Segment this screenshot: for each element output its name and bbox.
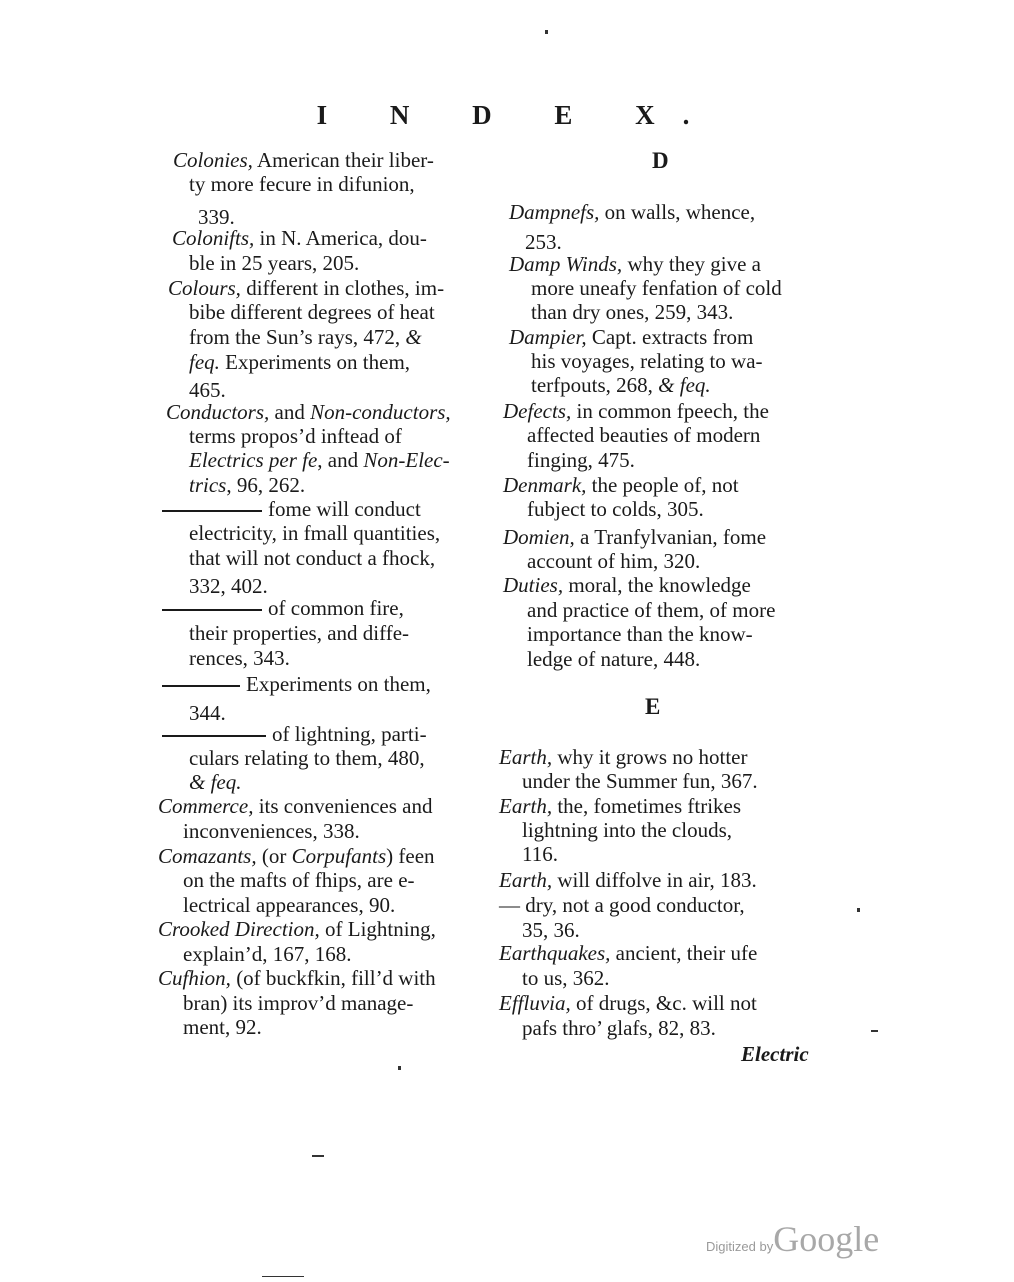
entry-heading: Colonifts, [172, 226, 254, 250]
entry-text: and [269, 400, 310, 424]
entry-heading: Denmark, [503, 473, 586, 497]
index-line: Colonifts, in N. America, dou- [172, 226, 427, 250]
index-line: and practice of them, of more [527, 598, 775, 622]
entry-heading: Defects, [503, 399, 571, 423]
entry-text: bibe different degrees of heat [189, 300, 435, 324]
entry-text: 465. [189, 378, 226, 402]
entry-italic: feq. [189, 350, 220, 374]
entry-text: American their liber- [253, 148, 434, 172]
entry-text: why they give a [622, 252, 761, 276]
entry-text: ledge of nature, 448. [527, 647, 700, 671]
index-line: Dampier, Capt. extracts from [509, 325, 753, 349]
scan-speck [398, 1066, 401, 1070]
entry-text: fome will conduct [268, 497, 421, 521]
entry-heading: Commerce, [158, 794, 253, 818]
scan-speck [312, 1155, 324, 1157]
entry-heading: Duties, [503, 573, 563, 597]
index-line: that will not conduct a fhock, [189, 546, 435, 570]
index-line: than dry ones, 259, 343. [531, 300, 733, 324]
entry-italic: trics [189, 473, 226, 497]
index-line: Comazants, (or Corpufants) feen [158, 844, 435, 868]
index-line: bran) its improv’d manage- [183, 991, 413, 1015]
entry-text: of lightning, parti- [272, 722, 427, 746]
entry-heading: Crooked Direction, [158, 917, 320, 941]
entry-text: finging, 475. [527, 448, 635, 472]
entry-heading: Earth, [499, 868, 552, 892]
entry-text: the people of, not [586, 473, 738, 497]
entry-text: will diffolve in air, 183. [552, 868, 757, 892]
google-logo-text: Google [773, 1219, 879, 1259]
entry-text: Experiments on them, [220, 350, 410, 374]
entry-heading: Earth, [499, 794, 552, 818]
index-line: of common fire, [162, 596, 404, 620]
entry-text: ble in 25 years, 205. [189, 251, 359, 275]
entry-text: its conveniences and [253, 794, 432, 818]
entry-heading: Damp Winds, [509, 252, 622, 276]
entry-heading: Effluvia, [499, 991, 571, 1015]
index-line: Duties, moral, the knowledge [503, 573, 751, 597]
section-letter-e: E [645, 694, 660, 720]
entry-text: pafs thro’ glafs, 82, 83. [522, 1016, 716, 1040]
scan-speck [857, 908, 860, 912]
index-line: Damp Winds, why they give a [509, 252, 761, 276]
index-line: & feq. [189, 770, 242, 794]
entry-text: more uneafy fenfation of cold [531, 276, 782, 300]
index-line: lectrical appearances, 90. [183, 893, 395, 917]
entry-italic: Non-Elec- [363, 448, 449, 472]
entry-text: different in clothes, im- [241, 276, 444, 300]
entry-text: ) feen [386, 844, 434, 868]
index-line: ment, 92. [183, 1015, 262, 1039]
index-line: to us, 362. [522, 966, 610, 990]
scan-speck [871, 1030, 878, 1032]
entry-text: from the Sun’s rays, 472, [189, 325, 405, 349]
index-line: more uneafy fenfation of cold [531, 276, 782, 300]
index-line: 332, 402. [189, 574, 268, 598]
index-line: explain’d, 167, 168. [183, 942, 352, 966]
index-line: Earth, the, fometimes ftrikes [499, 794, 741, 818]
index-line: finging, 475. [527, 448, 635, 472]
index-line: Earthquakes, ancient, their ufe [499, 941, 757, 965]
ditto-rule [162, 685, 240, 687]
scan-speck [262, 1276, 304, 1277]
entry-text: of Lightning, [320, 917, 436, 941]
section-letter-d: D [652, 148, 669, 174]
index-line: 253. [525, 230, 562, 254]
entry-heading: Dampier, [509, 325, 587, 349]
index-line: ledge of nature, 448. [527, 647, 700, 671]
entry-heading: Domien, [503, 525, 575, 549]
entry-text: ty more fecure in difunion, [189, 172, 415, 196]
index-line: of lightning, parti- [162, 722, 427, 746]
entry-text: explain’d, 167, 168. [183, 942, 352, 966]
entry-heading: Conductors, [166, 400, 269, 424]
entry-text: of drugs, &c. will not [571, 991, 757, 1015]
index-line: Effluvia, of drugs, &c. will not [499, 991, 757, 1015]
entry-italic: Non-conductors, [310, 400, 451, 424]
entry-text: 35, 36. [522, 918, 580, 942]
index-line: Dampnefs, on walls, whence, [509, 200, 755, 224]
watermark-prefix: Digitized by [706, 1239, 773, 1254]
entry-text: and practice of them, of more [527, 598, 775, 622]
index-line: rences, 343. [189, 646, 290, 670]
index-line: Commerce, its conveniences and [158, 794, 432, 818]
index-line: ble in 25 years, 205. [189, 251, 359, 275]
entry-text: , and [317, 448, 363, 472]
entry-text: a Tranfylvanian, fome [575, 525, 766, 549]
index-line: inconveniences, 338. [183, 819, 360, 843]
index-line: 116. [522, 842, 558, 866]
entry-text: , 96, 262. [226, 473, 305, 497]
entry-text: (of buckfkin, fill’d with [231, 966, 436, 990]
entry-text: on the mafts of fhips, are e- [183, 868, 415, 892]
entry-text: electricity, in fmall quantities, [189, 521, 440, 545]
entry-text: than dry ones, 259, 343. [531, 300, 733, 324]
entry-italic: & [405, 325, 421, 349]
entry-heading: Earth, [499, 745, 552, 769]
index-line: Experiments on them, [162, 672, 431, 696]
index-line: lightning into the clouds, [522, 818, 732, 842]
entry-text: rences, 343. [189, 646, 290, 670]
index-line: — dry, not a good conductor, [499, 893, 745, 917]
entry-text: why it grows no hotter [552, 745, 747, 769]
index-line: Earth, why it grows no hotter [499, 745, 748, 769]
entry-text: the, fometimes ftrikes [552, 794, 741, 818]
ditto-rule [162, 735, 266, 737]
entry-text: bran) its improv’d manage- [183, 991, 413, 1015]
index-line: electricity, in fmall quantities, [189, 521, 440, 545]
entry-text: (or [257, 844, 292, 868]
entry-heading: Earthquakes, [499, 941, 610, 965]
scan-speck [545, 30, 548, 34]
index-line: 35, 36. [522, 918, 580, 942]
entry-text: 332, 402. [189, 574, 268, 598]
ditto-rule [162, 510, 262, 512]
entry-text: in N. America, dou- [254, 226, 427, 250]
index-line: ty more fecure in difunion, [189, 172, 415, 196]
entry-text: Capt. extracts from [587, 325, 754, 349]
entry-text: terms propos’d inftead of [189, 424, 402, 448]
entry-text: affected beauties of modern [527, 423, 760, 447]
entry-heading: Comazants, [158, 844, 257, 868]
entry-text: culars relating to them, 480, [189, 746, 425, 770]
entry-heading: Cufhion, [158, 966, 231, 990]
entry-text: inconveniences, 338. [183, 819, 360, 843]
entry-text: lightning into the clouds, [522, 818, 732, 842]
index-line: feq. Experiments on them, [189, 350, 410, 374]
entry-text: importance than the know- [527, 622, 753, 646]
index-line: bibe different degrees of heat [189, 300, 435, 324]
index-line: Colours, different in clothes, im- [168, 276, 444, 300]
index-line: Cufhion, (of buckfkin, fill’d with [158, 966, 436, 990]
index-line: Defects, in common fpeech, the [503, 399, 769, 423]
index-line: account of him, 320. [527, 549, 700, 573]
index-line: Domien, a Tranfylvanian, fome [503, 525, 766, 549]
ditto-rule [162, 609, 262, 611]
entry-text: 253. [525, 230, 562, 254]
entry-text: under the Summer fun, 367. [522, 769, 758, 793]
entry-text: ment, 92. [183, 1015, 262, 1039]
entry-text: terfpouts, 268, [531, 373, 658, 397]
digitized-watermark: Digitized byGoogle [706, 1218, 879, 1260]
page-title: I N D E X. [0, 100, 1014, 131]
entry-italic: Corpufants [292, 844, 387, 868]
entry-heading: Colours, [168, 276, 241, 300]
index-line: Earth, will diffolve in air, 183. [499, 868, 757, 892]
index-line: Conductors, and Non-conductors, [166, 400, 451, 424]
index-line: their properties, and diffe- [189, 621, 409, 645]
index-line: fubject to colds, 305. [527, 497, 704, 521]
index-line: under the Summer fun, 367. [522, 769, 758, 793]
index-line: on the mafts of fhips, are e- [183, 868, 415, 892]
entry-text: of common fire, [268, 596, 404, 620]
index-line: Denmark, the people of, not [503, 473, 739, 497]
index-line: terfpouts, 268, & feq. [531, 373, 711, 397]
index-line: his voyages, relating to wa- [531, 349, 763, 373]
entry-text: moral, the knowledge [563, 573, 751, 597]
entry-text: to us, 362. [522, 966, 610, 990]
catchword: Electric [741, 1042, 809, 1067]
entry-text: Experiments on them, [246, 672, 431, 696]
entry-text: on walls, whence, [599, 200, 755, 224]
index-line: pafs thro’ glafs, 82, 83. [522, 1016, 716, 1040]
index-line: fome will conduct [162, 497, 421, 521]
index-line: Colonies, American their liber- [173, 148, 434, 172]
entry-text: account of him, 320. [527, 549, 700, 573]
index-line: 465. [189, 378, 226, 402]
index-line: trics, 96, 262. [189, 473, 305, 497]
entry-text: 116. [522, 842, 558, 866]
entry-italic: Electrics per fe [189, 448, 317, 472]
index-line: from the Sun’s rays, 472, & [189, 325, 422, 349]
entry-italic: & feq. [189, 770, 242, 794]
entry-text: — dry, not a good conductor, [499, 893, 745, 917]
entry-heading: Dampnefs, [509, 200, 599, 224]
index-line: terms propos’d inftead of [189, 424, 402, 448]
entry-text: fubject to colds, 305. [527, 497, 704, 521]
entry-text: in common fpeech, the [571, 399, 769, 423]
entry-text: ancient, their ufe [610, 941, 757, 965]
index-line: importance than the know- [527, 622, 753, 646]
index-line: Electrics per fe, and Non-Elec- [189, 448, 450, 472]
entry-italic: & feq. [658, 373, 711, 397]
entry-text: lectrical appearances, 90. [183, 893, 395, 917]
entry-text: his voyages, relating to wa- [531, 349, 763, 373]
entry-text: their properties, and diffe- [189, 621, 409, 645]
index-line: Crooked Direction, of Lightning, [158, 917, 436, 941]
entry-heading: Colonies, [173, 148, 253, 172]
index-line: affected beauties of modern [527, 423, 760, 447]
entry-text: that will not conduct a fhock, [189, 546, 435, 570]
index-line: culars relating to them, 480, [189, 746, 425, 770]
